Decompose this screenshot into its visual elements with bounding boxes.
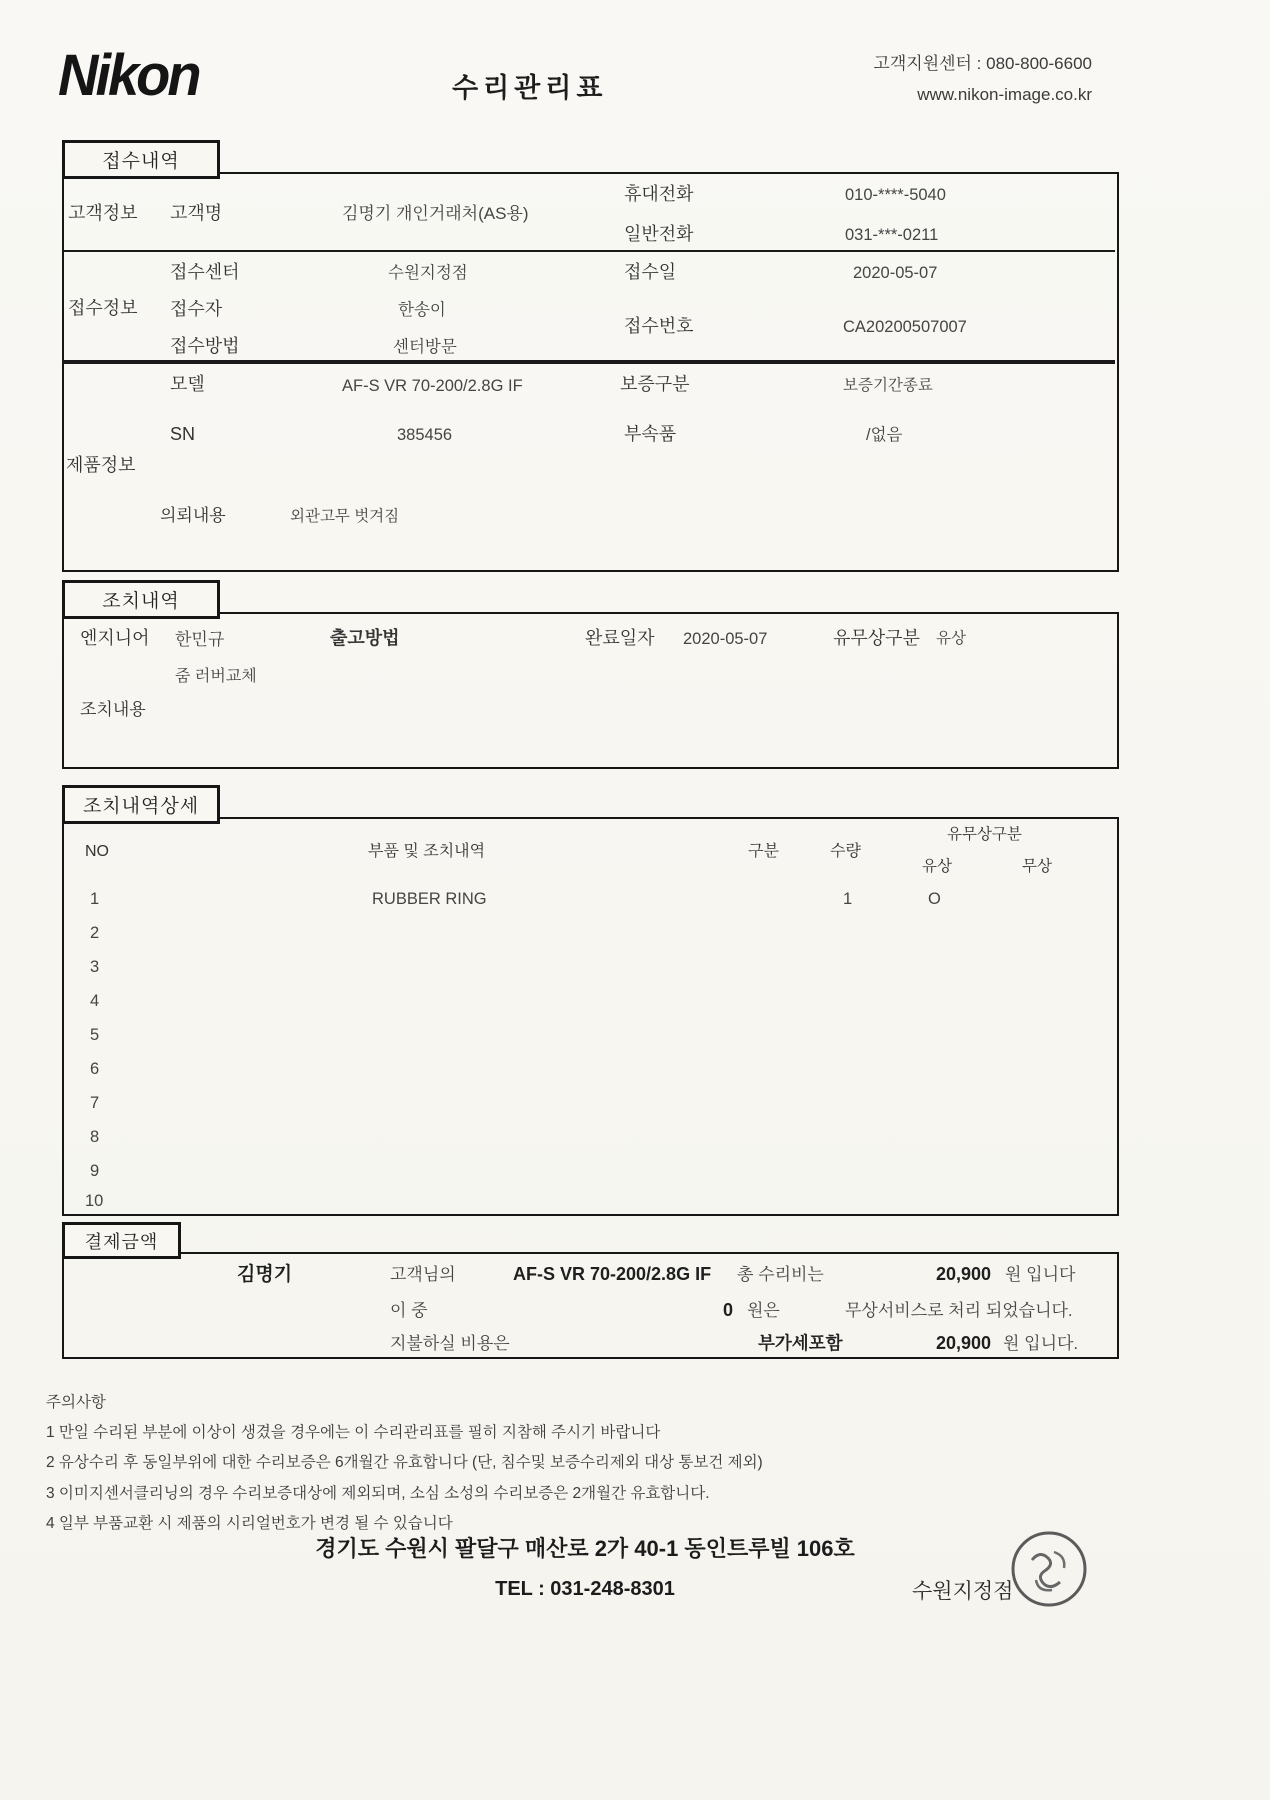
note-item: 3 이미지센서클리닝의 경우 수리보증대상에 제외되며, 소심 소성의 수리보증…: [46, 1479, 763, 1509]
notes-block: 주의사항 1 만일 수리된 부분에 이상이 생겼을 경우에는 이 수리관리표를 …: [46, 1388, 763, 1539]
branch-stamp-icon: [1008, 1528, 1090, 1610]
payment-box: [62, 1252, 1119, 1359]
nikon-logo: Nikon: [58, 40, 199, 108]
note-item: 1 만일 수리된 부분에 이상이 생겼을 경우에는 이 수리관리표를 필히 지참…: [46, 1418, 763, 1448]
repair-form-scan: Nikon 수리관리표 고객지원센터 : 080-800-6600 www.ni…: [0, 0, 1270, 1800]
notes-title: 주의사항: [46, 1388, 763, 1418]
footer-tel: TEL : 031-248-8301: [180, 1578, 990, 1601]
page-title: 수리관리표: [452, 66, 607, 105]
website-line: www.nikon-image.co.kr: [873, 79, 1092, 110]
section-tab-payment: 결제금액: [62, 1222, 181, 1259]
section-tab-reception: 접수내역: [62, 140, 220, 179]
reception-box: [62, 172, 1119, 572]
section-tab-action: 조치내역: [62, 580, 220, 619]
support-contact: 고객지원센터 : 080-800-6600 www.nikon-image.co…: [873, 48, 1092, 111]
divider-customer-intake: [62, 250, 1115, 252]
footer-branch: 수원지정점: [912, 1580, 1013, 1604]
footer-address: 경기도 수원시 팔달구 매산로 2가 40-1 동인트루빌 106호: [180, 1532, 990, 1563]
action-box: [62, 612, 1119, 769]
section-tab-action-detail: 조치내역상세: [62, 785, 220, 824]
divider-intake-product: [62, 360, 1115, 364]
action-detail-box: [62, 817, 1119, 1216]
note-item: 2 유상수리 후 동일부위에 대한 수리보증은 6개월간 유효합니다 (단, 침…: [46, 1448, 763, 1478]
support-center-line: 고객지원센터 : 080-800-6600: [873, 48, 1092, 79]
